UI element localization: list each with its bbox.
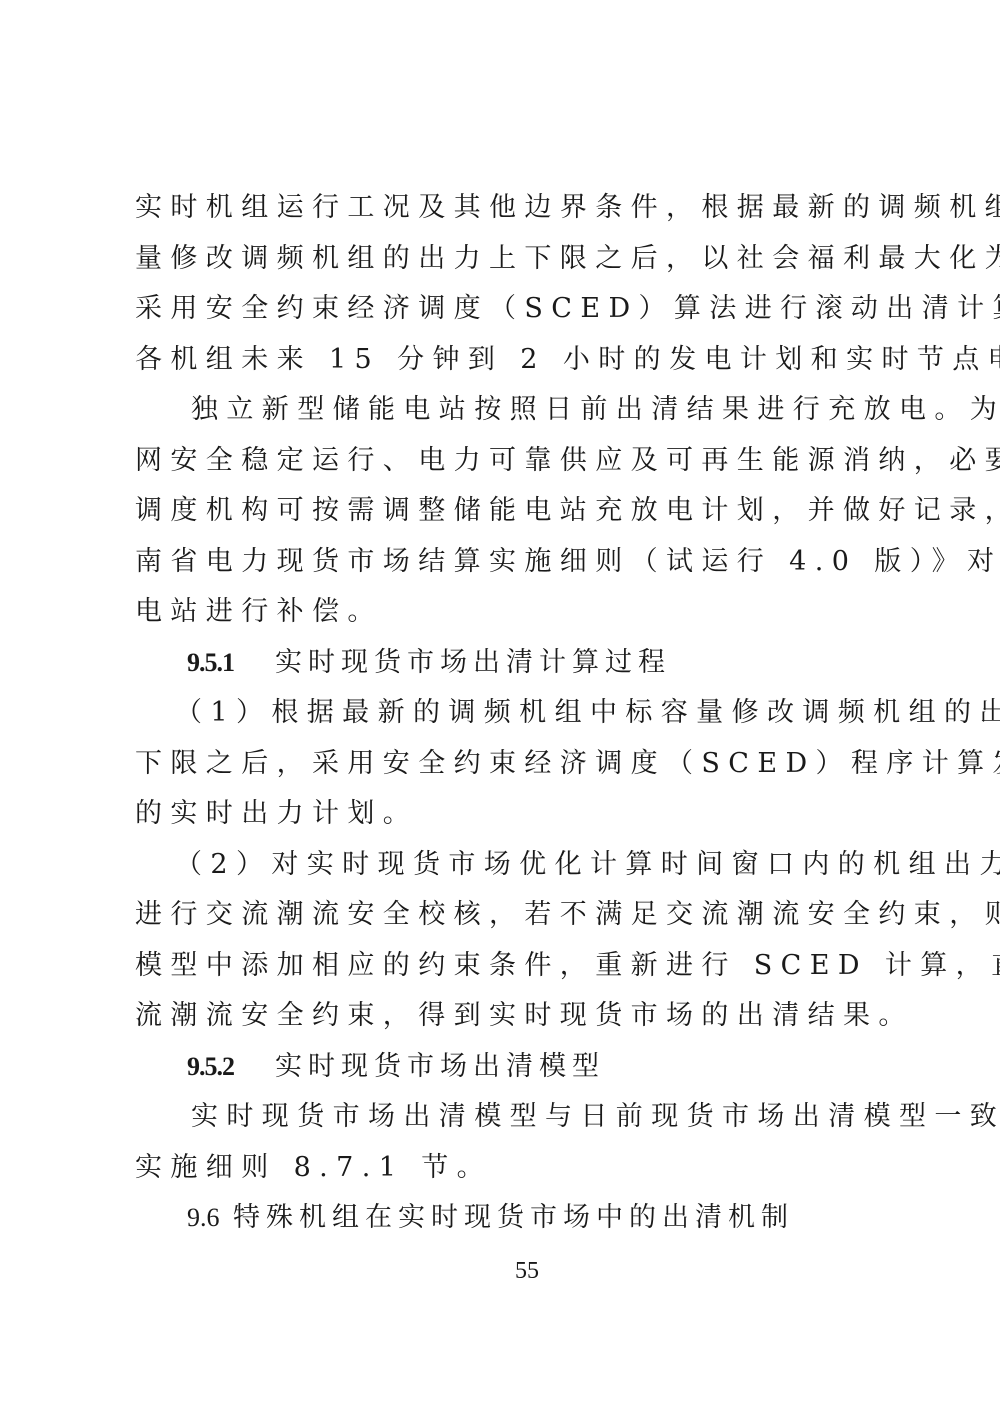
section-title: 特殊机组在实时现货市场中的出清机制 [233,1202,794,1233]
section-title: 实时现货市场出清模型 [275,1051,605,1082]
document-page: 实时机组运行工况及其他边界条件，根据最新的调频机组中标容 量修改调频机组的出力上… [135,183,875,1244]
text-line: 独立新型储能电站按照日前出清结果进行充放电。为保障电 [135,385,875,436]
paragraph-continuation: 实时机组运行工况及其他边界条件，根据最新的调频机组中标容 量修改调频机组的出力上… [135,183,875,385]
section-heading-9-5-2: 9.5.2实时现货市场出清模型 [135,1042,875,1093]
text-line: 下限之后，采用安全约束经济调度（SCED）程序计算发电机组 [135,739,875,790]
text-line: 实时现货市场出清模型与日前现货市场出清模型一致，见本 [135,1092,875,1143]
text-line: 量修改调频机组的出力上下限之后，以社会福利最大化为目标， [135,234,875,285]
section-heading-9-5-1: 9.5.1实时现货市场出清计算过程 [135,638,875,689]
text-line: 调度机构可按需调整储能电站充放电计划，并做好记录，按《湖 [135,486,875,537]
list-item-1: （1）根据最新的调频机组中标容量修改调频机组的出力上 下限之后，采用安全约束经济… [135,688,875,840]
section-title: 实时现货市场出清计算过程 [275,647,671,678]
list-item-2: （2）对实时现货市场优化计算时间窗口内的机组出力曲线 进行交流潮流安全校核，若不… [135,840,875,1042]
text-line: 网安全稳定运行、电力可靠供应及可再生能源消纳，必要时电力 [135,436,875,487]
text-line: 的实时出力计划。 [135,789,875,840]
section-number: 9.5.1 [187,638,275,689]
paragraph-clearing-model: 实时现货市场出清模型与日前现货市场出清模型一致，见本 实施细则 8.7.1 节。 [135,1092,875,1193]
text-line: 模型中添加相应的约束条件，重新进行 SCED 计算，直至满足交 [135,941,875,992]
section-number: 9.5.2 [187,1042,275,1093]
section-number: 9.6 [187,1193,233,1244]
paragraph-energy-storage: 独立新型储能电站按照日前出清结果进行充放电。为保障电 网安全稳定运行、电力可靠供… [135,385,875,638]
text-line: 流潮流安全约束，得到实时现货市场的出清结果。 [135,991,875,1042]
text-line: 进行交流潮流安全校核，若不满足交流潮流安全约束，则在计算 [135,890,875,941]
page-number: 55 [0,1258,1000,1285]
text-line: 南省电力现货市场结算实施细则（试运行 4.0 版）》对相关储能 [135,537,875,588]
text-line: 采用安全约束经济调度（SCED）算法进行滚动出清计算，形成 [135,284,875,335]
text-line: （1）根据最新的调频机组中标容量修改调频机组的出力上 [135,688,875,739]
text-line: 实施细则 8.7.1 节。 [135,1143,875,1194]
text-line: 实时机组运行工况及其他边界条件，根据最新的调频机组中标容 [135,183,875,234]
section-heading-9-6: 9.6特殊机组在实时现货市场中的出清机制 [135,1193,875,1244]
text-line: 各机组未来 15 分钟到 2 小时的发电计划和实时节点电价。 [135,335,875,386]
text-line: （2）对实时现货市场优化计算时间窗口内的机组出力曲线 [135,840,875,891]
text-line: 电站进行补偿。 [135,587,875,638]
